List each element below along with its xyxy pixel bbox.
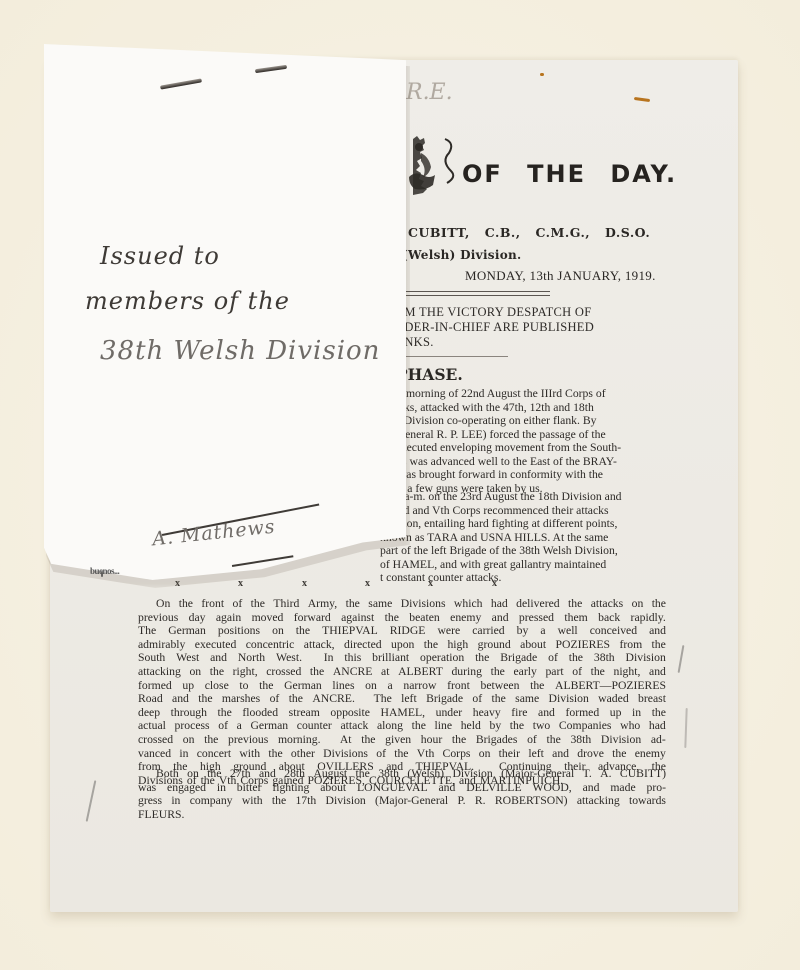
text-line: gressincompanywiththe17thDivision(Major-… [138,794,666,808]
text-line: f Tanks, attacked with the 47th, 12th an… [380,401,665,415]
text-line: SouthWestandNorthWest.Inthisbrilliantope… [138,651,666,665]
division-line: (Welsh) Division. [402,248,522,262]
text-line: peration, entailing hard fighting at dif… [380,517,665,531]
main-paragraph-1: OnthefrontoftheThirdArmy,thesameDivision… [138,597,666,787]
text-line: admirablyexecutedconcentricattack,direct… [138,638,666,652]
text-line: attackingontheright,crossedtheANCREatALB… [138,665,666,679]
text-line: of HAMEL, and with great gallantry maint… [380,558,665,572]
peek-through-text: buenos... [90,566,119,576]
text-line: Bothonthe27thand28thAugustthe38th(Welsh)… [138,767,666,781]
preface-text: OM THE VICTORY DESPATCH OF NDER-IN-CHIEF… [395,305,594,350]
text-line: vancedinconcertwiththeotherDivisionsofth… [138,747,666,761]
text-line: n the morning of 22nd August the IIIrd C… [380,387,665,401]
pencil-annotation: R.E. [406,80,453,105]
separator-mark: x [428,578,433,589]
text-line: known as TARA and USNA HILLS. At the sam… [380,531,665,545]
text-line: crossedonthepreviousmorning.Atthegivenho… [138,733,666,747]
column-paragraph-2: 4-45 a-m. on the 23rd August the 18th Di… [380,490,665,585]
text-line: e IIIrd and Vth Corps recommenced their … [380,504,665,518]
preface-line: ANKS. [395,335,594,350]
text-line: actualprocessofaGermancounterattackalong… [138,719,666,733]
royal-crest-icon [405,135,457,197]
text-line: ICRE was advanced well to the East of th… [380,455,665,469]
separator-mark: x [302,578,307,589]
text-line: formedupclosetotheGermanlinesonanarrowfr… [138,679,666,693]
text-line: OnthefrontoftheThirdArmy,thesameDivision… [138,597,666,611]
text-line: previousdayagainmovedforwardagainstthebe… [138,611,666,625]
text-line: 4-45 a-m. on the 23rd August the 18th Di… [380,490,665,504]
text-line: 38th Division co-operating on either fla… [380,414,665,428]
handwritten-line-1: Issued to [100,242,220,270]
text-line: TheGermanpositionsontheTHIEPVALRIDGEwere… [138,624,666,638]
separator-mark: x [365,578,370,589]
text-line: FLEURS. [138,808,666,822]
main-paragraph-2: Bothonthe27thand28thAugustthe38th(Welsh)… [138,767,666,821]
commander-line: CUBITT, C.B., C.M.G., D.S.O. [408,225,650,240]
text-line: deepthroughthefloodedstreamoppositeHAMEL… [138,706,666,720]
text-line: ell-executed enveloping movement from th… [380,441,665,455]
text-line: wasengagedinbitterfightingaboutLONGUEVAL… [138,781,666,795]
preface-line: NDER-IN-CHIEF ARE PUBLISHED [395,320,594,335]
date-line: MONDAY, 13th JANUARY, 1919. [465,268,656,284]
document-title: OF THE DAY. [462,160,677,188]
text-line: jor-General R. P. LEE) forced the passag… [380,428,665,442]
text-line: part of the left Brigade of the 38th Wel… [380,544,665,558]
handwritten-line-2: members of the [85,287,290,315]
column-paragraph-1: n the morning of 22nd August the IIIrd C… [380,387,665,495]
text-line: my was brought forward in conformity wit… [380,468,665,482]
preface-line: OM THE VICTORY DESPATCH OF [395,305,594,320]
rust-spot [540,73,544,76]
handwritten-line-3: 38th Welsh Division [100,336,380,366]
separator-mark: x [492,578,497,589]
text-line: RoadandthemarshesoftheANCRE.TheleftBriga… [138,692,666,706]
